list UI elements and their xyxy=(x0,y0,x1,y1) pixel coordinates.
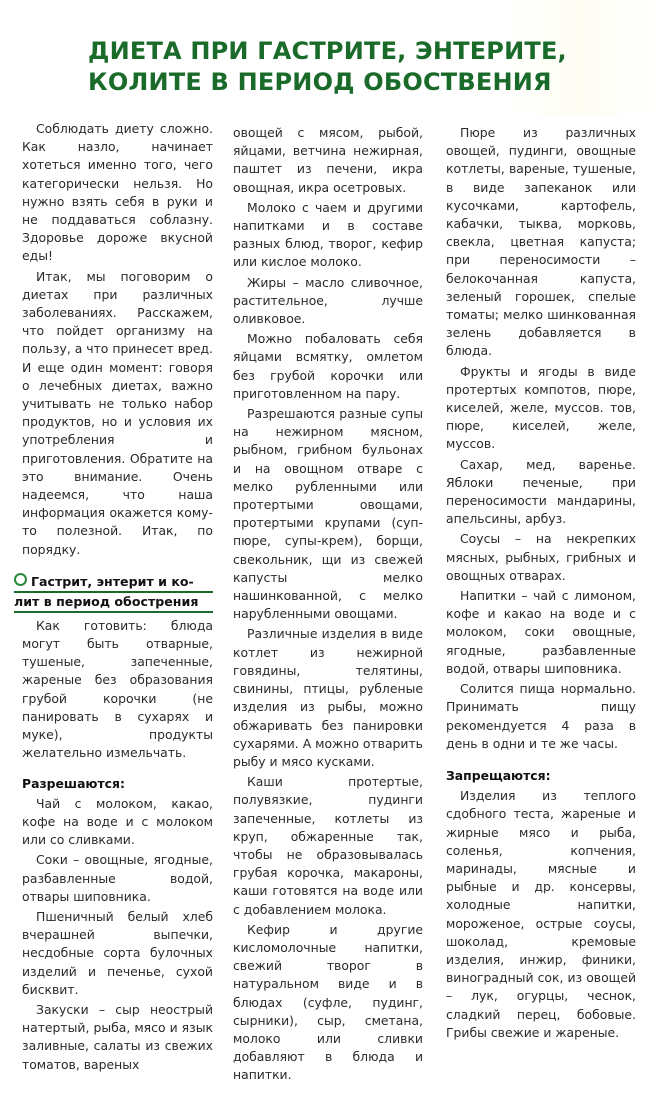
column-1: Соблюдать диету сложно. Как назло, начин… xyxy=(22,120,213,1076)
section-heading: Гастрит, энтерит и ко- лит в период обос… xyxy=(14,573,213,613)
column-3: Пюре из различных овощей, пудинги, овощн… xyxy=(446,124,636,1044)
allowed-item: Пюре из различных овощей, пудинги, овощн… xyxy=(446,124,636,361)
intro-paragraph: Итак, мы поговорим о диетах при различны… xyxy=(22,268,213,559)
title-line-1: ДИЕТА ПРИ ГАСТРИТЕ, ЭНТЕРИТЕ, xyxy=(88,36,567,67)
how-to-cook-paragraph: Как готовить: блюда могут быть отварные,… xyxy=(22,617,213,763)
allowed-item: Закуски – сыр неострый натертый, рыба, м… xyxy=(22,1001,213,1074)
allowed-item: Разрешаются разные супы на нежирном мясн… xyxy=(233,405,423,623)
allowed-item: Жиры – масло сливочное, растительное, лу… xyxy=(233,274,423,329)
allowed-item: Пшеничный белый хлеб вчерашней выпечки, … xyxy=(22,908,213,999)
circle-bullet-icon xyxy=(14,573,27,586)
forbidden-item: Изделия из теплого сдобного теста, жарен… xyxy=(446,787,636,1042)
allowed-item: Соусы – на некрепких мясных, рыбных, гри… xyxy=(446,530,636,585)
intro-paragraph: Соблюдать диету сложно. Как назло, начин… xyxy=(22,120,213,266)
allowed-label: Разрешаются: xyxy=(22,775,213,793)
allowed-item: Соки – овощные, ягодные, разбавленные во… xyxy=(22,851,213,906)
allowed-item: Сахар, мед, варенье. Яблоки печеные, при… xyxy=(446,456,636,529)
allowed-item: Кефир и другие кисломолочные напитки, св… xyxy=(233,921,423,1085)
article-page: ДИЕТА ПРИ ГАСТРИТЕ, ЭНТЕРИТЕ, КОЛИТЕ В П… xyxy=(0,0,660,1104)
allowed-item: Молоко с чаем и другими напитками и в со… xyxy=(233,199,423,272)
allowed-item: Каши протертые, полувязкие, пудинги запе… xyxy=(233,773,423,919)
allowed-item: Можно побаловать себя яйцами всмятку, ом… xyxy=(233,330,423,403)
article-title: ДИЕТА ПРИ ГАСТРИТЕ, ЭНТЕРИТЕ, КОЛИТЕ В П… xyxy=(88,36,567,98)
title-line-2: КОЛИТЕ В ПЕРИОД ОБОСТВЕНИЯ xyxy=(88,67,567,98)
allowed-item: Напитки – чай с лимоном, кофе и какао на… xyxy=(446,587,636,678)
allowed-item: Различные изделия в виде котлет из нежир… xyxy=(233,625,423,771)
section-heading-line-1: Гастрит, энтерит и ко- xyxy=(31,574,194,589)
allowed-item: Солится пища нормально. Принимать пищу р… xyxy=(446,680,636,753)
column-2: овощей с мясом, рыбой, яйцами, ветчина н… xyxy=(233,124,423,1087)
section-heading-line-2: лит в период обострения xyxy=(14,593,213,613)
title-banner: ДИЕТА ПРИ ГАСТРИТЕ, ЭНТЕРИТЕ, КОЛИТЕ В П… xyxy=(0,0,660,115)
forbidden-label: Запрещаются: xyxy=(446,767,636,785)
allowed-item: Чай с молоком, какао, кофе на воде и с м… xyxy=(22,795,213,850)
allowed-item: Фрукты и ягоды в виде протертых компотов… xyxy=(446,363,636,454)
allowed-item-continued: овощей с мясом, рыбой, яйцами, ветчина н… xyxy=(233,124,423,197)
